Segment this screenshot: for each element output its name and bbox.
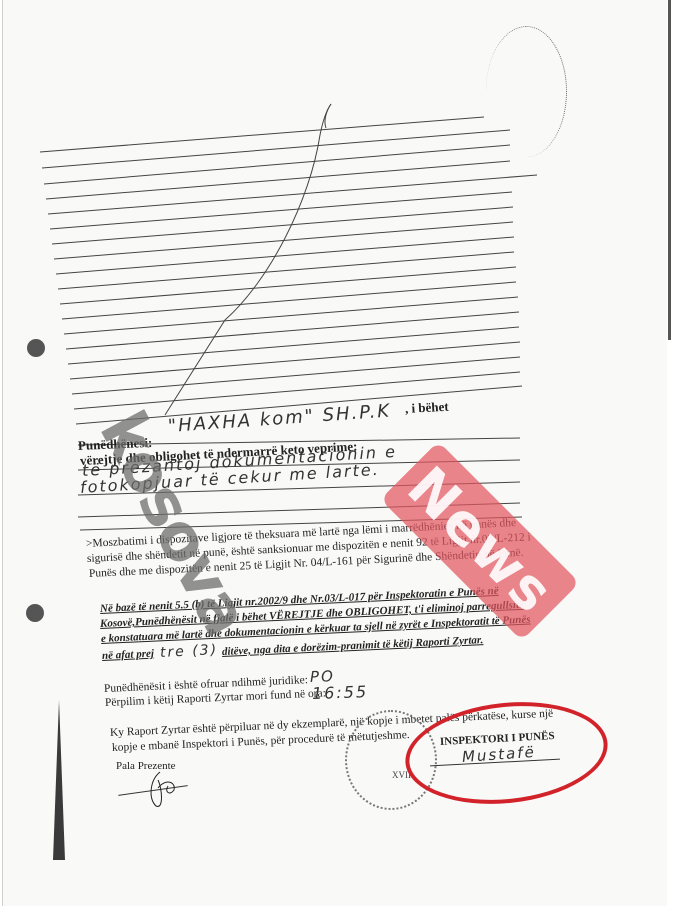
- deadline-handwritten: tre (3): [160, 642, 219, 661]
- present-party-signature: [140, 768, 190, 812]
- page-fold-shadow: [53, 700, 65, 860]
- legal-basis-line-4: në afat prej: [102, 648, 154, 662]
- employer-suffix: , i bëhet: [405, 399, 449, 417]
- punch-hole-lower: [26, 604, 44, 622]
- page-edge-shadow: [668, 0, 671, 340]
- punch-hole-upper: [27, 339, 45, 357]
- top-stamp: [486, 26, 567, 157]
- end-time-value: 16:55: [312, 682, 369, 703]
